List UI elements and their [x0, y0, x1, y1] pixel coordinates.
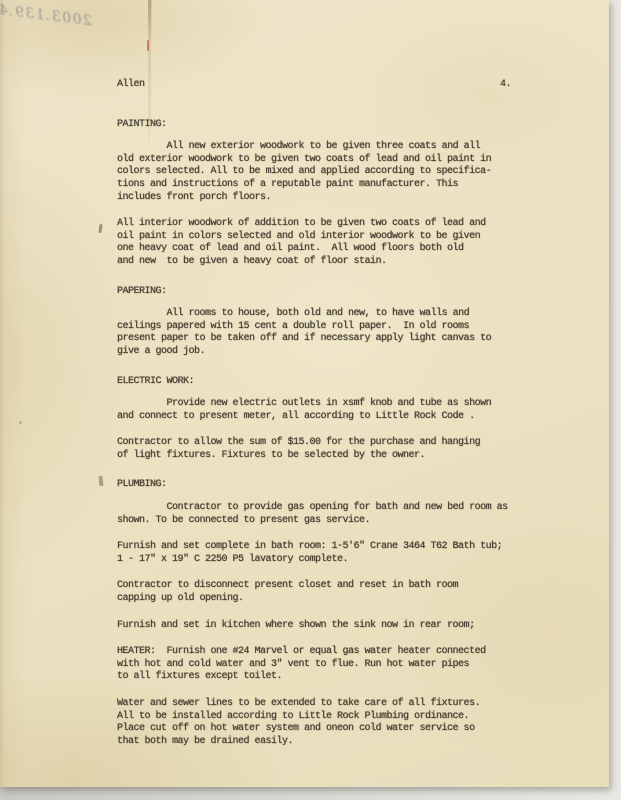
section-painting: PAINTING: All new exterior woodwork to b… [117, 119, 597, 269]
typed-content: Allen 4. PAINTING: All new exterior wood… [117, 79, 597, 748]
red-mark [147, 40, 149, 51]
accession-number-inscription: 2003.139.48 [0, 0, 93, 29]
paragraph: Contractor to provide gas opening for ba… [117, 502, 597, 527]
paragraph: All new exterior woodwork to be given th… [117, 141, 597, 204]
document-photo: { "inscription": "2003.139.48", "header"… [0, 0, 621, 800]
section-papering: PAPERING: All rooms to house, both old a… [117, 286, 597, 359]
paragraph: Water and sewer lines to be extended to … [117, 698, 597, 748]
paragraph-heater: HEATER: Furnish one #24 Marvel or equal … [117, 646, 597, 684]
document-header: Allen 4. [117, 79, 597, 92]
paper-speck [19, 421, 22, 424]
section-heading: PAPERING: [117, 286, 597, 299]
paper-sheet: 2003.139.48 Allen 4. PAINTING: All new e… [0, 0, 609, 787]
section-heading: PLUMBING: [117, 479, 597, 492]
section-heading: ELECTRIC WORK: [117, 376, 597, 389]
section-electric-work: ELECTRIC WORK: Provide new electric outl… [117, 376, 597, 463]
section-plumbing: PLUMBING: Contractor to provide gas open… [117, 479, 597, 748]
margin-mark [98, 476, 103, 486]
margin-mark [98, 224, 102, 233]
header-name: Allen [117, 79, 145, 90]
paragraph: All interior woodwork of addition to be … [117, 218, 597, 268]
paragraph: Furnish and set in kitchen where shown t… [117, 620, 597, 633]
paragraph: All rooms to house, both old and new, to… [117, 308, 597, 358]
paragraph: Provide new electric outlets in xsmf kno… [117, 398, 597, 423]
section-heading: PAINTING: [117, 119, 597, 132]
page-number: 4. [500, 79, 511, 92]
paragraph: Contractor to disconnect present closet … [117, 580, 597, 605]
paragraph: Furnish and set complete in bath room: 1… [117, 541, 597, 566]
paragraph: Contractor to allow the sum of $15.00 fo… [117, 437, 597, 462]
